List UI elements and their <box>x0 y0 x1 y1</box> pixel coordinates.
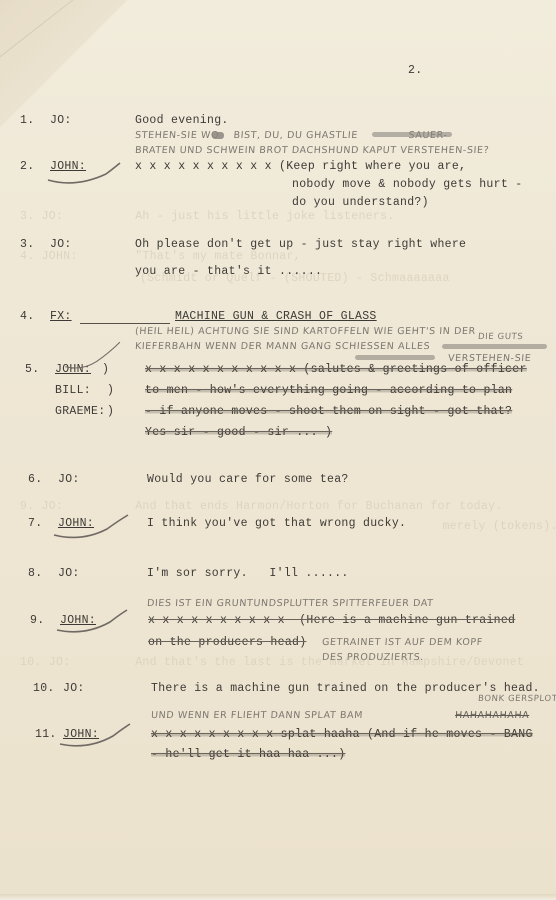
bleed-through-line: 9. JO: And that ends Harmon/Horton for B… <box>20 500 502 513</box>
pencil-scribble <box>372 132 452 137</box>
line-number: 8. <box>28 567 42 580</box>
speaker-bill: BILL: <box>55 384 91 397</box>
struck-dialogue-text: - he'll get it haa haa ...) <box>151 748 345 761</box>
line-number: 7. <box>28 517 42 530</box>
dialogue-text: Good evening. <box>135 114 229 127</box>
dialogue-text: do you understand?) <box>292 196 429 209</box>
pencil-scribble <box>355 355 435 360</box>
speaker-jo: JO: <box>50 114 72 127</box>
page-number: 2. <box>408 64 422 77</box>
bracket: ) <box>107 384 114 397</box>
speaker-graeme: GRAEME: <box>55 405 105 418</box>
speaker-jo: JO: <box>58 567 80 580</box>
dialogue-text: I think you've got that wrong ducky. <box>147 517 406 530</box>
struck-dialogue-text: x x x x x x x x x splat haaha (And if he… <box>151 728 533 741</box>
line-number: 4. <box>20 310 34 323</box>
handwritten-note: DES PRODUZIERTS. <box>322 652 425 663</box>
dialogue-text: Would you care for some tea? <box>147 473 349 486</box>
line-number: 6. <box>28 473 42 486</box>
dialogue-text: I'm sor sorry. I'll ...... <box>147 567 349 580</box>
line-number: 9. <box>30 614 44 627</box>
handwritten-note: DIES IST EIN GRUNTUNDSPLUTTER SPITTERFEU… <box>147 598 434 609</box>
line-number: 2. <box>20 160 34 173</box>
underline-rule <box>80 323 170 324</box>
bleed-through-line: 10. JO: And that's the last is the marke… <box>20 656 524 669</box>
speaker-jo: JO: <box>50 238 72 251</box>
line-number: 5. <box>25 363 39 376</box>
struck-dialogue-text: x x x x x x x x x x x (salutes & greetin… <box>145 363 527 376</box>
speaker-jo: JO: <box>63 682 85 695</box>
handwritten-note: (HEIL HEIL) ACHTUNG SIE SIND KARTOFFELN … <box>135 326 477 337</box>
bracket: ) <box>107 405 114 418</box>
pencil-swoosh-mark <box>55 608 135 634</box>
pencil-scribble <box>442 344 547 349</box>
pencil-scribble <box>212 132 224 139</box>
handwritten-note: KIEFERBAHN WENN DER MANN GANG SCHIESSEN … <box>135 341 431 352</box>
handwritten-note: HAHAHAHAHA <box>455 710 530 721</box>
pencil-swoosh-mark <box>46 160 126 186</box>
line-number: 10. <box>33 682 55 695</box>
line-number: 11. <box>35 728 57 741</box>
dialogue-text: you are - that's it ...... <box>135 265 322 278</box>
line-number: 1. <box>20 114 34 127</box>
speaker-fx: FX: <box>50 310 72 323</box>
handwritten-note: UND WENN ER FLIEHT DANN SPLAT BAM <box>151 710 364 721</box>
struck-dialogue-text: - if anyone moves - shoot them on sight … <box>145 405 512 418</box>
pencil-swoosh-mark <box>52 515 132 541</box>
dialogue-text: x x x x x x x x x x (Keep right where yo… <box>135 160 466 173</box>
pencil-swoosh-mark <box>58 722 138 748</box>
handwritten-note: BRATEN UND SCHWEIN BROT DACHSHUND KAPUT … <box>135 145 490 156</box>
struck-dialogue-text: Yes sir - good - sir ... ) <box>145 426 332 439</box>
sound-effect-heading: MACHINE GUN & CRASH OF GLASS <box>175 310 377 323</box>
dialogue-text: nobody move & nobody gets hurt - <box>292 178 522 191</box>
page-bottom-edge <box>0 894 556 900</box>
struck-dialogue-text: on the producers head) <box>148 636 306 649</box>
dialogue-text: Oh please don't get up - just stay right… <box>135 238 466 251</box>
bleed-through-line: 3. JO: Ah - just his little joke listene… <box>20 210 394 223</box>
handwritten-note: DIE GUTS <box>478 332 524 342</box>
speaker-jo: JO: <box>58 473 80 486</box>
handwritten-note: BONK GERSPLOT, <box>478 694 556 704</box>
handwritten-note: GETRAINET IST AUF DEM KOPF <box>322 637 484 648</box>
struck-dialogue-text: to men - how's everything going - accord… <box>145 384 512 397</box>
bleed-through-line: 4. JOHN: "That's my mate Bonnar, <box>20 250 301 263</box>
struck-dialogue-text: x x x x x x x x x x (Here is a machine g… <box>148 614 515 627</box>
pencil-swoosh-mark <box>50 346 130 372</box>
line-number: 3. <box>20 238 34 251</box>
